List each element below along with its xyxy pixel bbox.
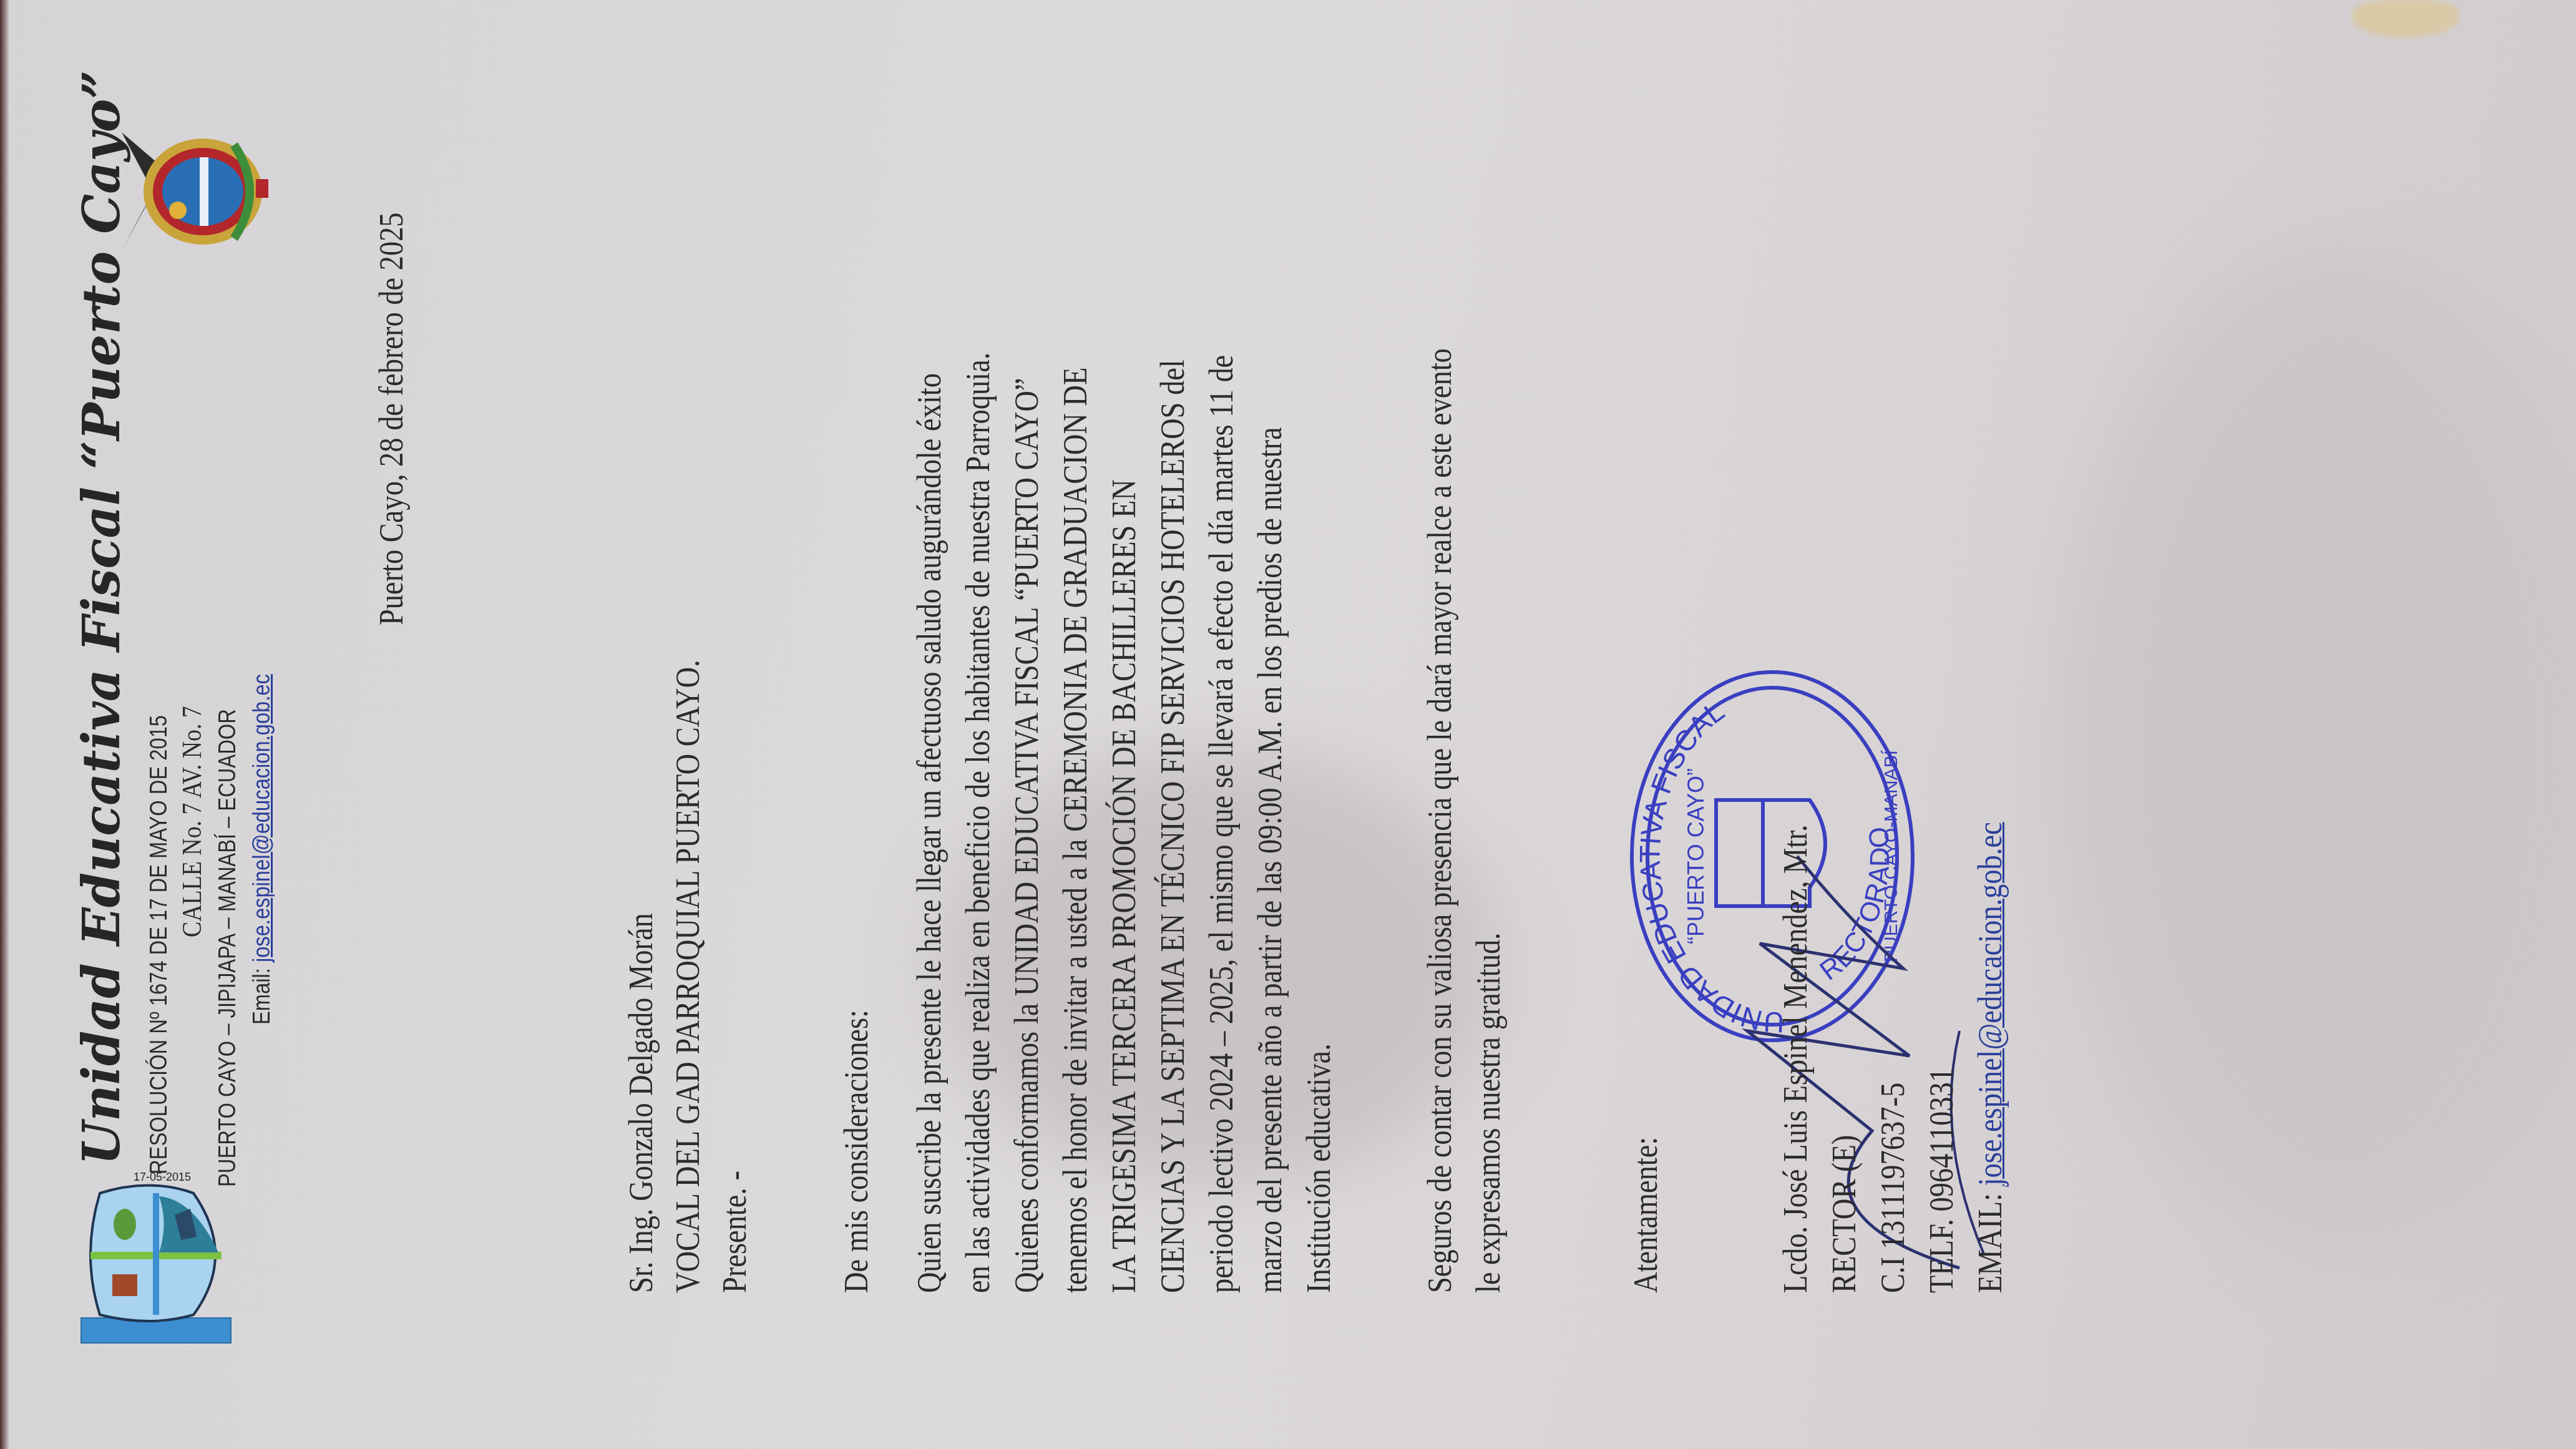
body-line: marzo del presente año a partir de las 0…: [1253, 427, 1287, 1293]
address-location: PUERTO CAYO – JIPIJAPA – MANABÍ – ECUADO…: [215, 709, 240, 1187]
email-label: Email:: [249, 962, 275, 1025]
signer-id: C.I 1311197637-5: [1876, 1083, 1910, 1293]
body-line: periodo lectivo 2024 – 2025, el mismo qu…: [1204, 355, 1238, 1293]
body-line: Quienes conformamos la UNIDAD EDUCATIVA …: [1010, 378, 1043, 1293]
signer-phone: TELF. 0964110331: [1925, 1068, 1958, 1293]
signer-email-link[interactable]: jose.espinel@educacion.gob.ec: [1971, 822, 2009, 1186]
body-line: en las actividades que realiza en benefi…: [961, 353, 995, 1293]
recipient-greeting: Presente. -: [718, 1171, 751, 1293]
date-line: Puerto Cayo, 28 de febrero de 2025: [374, 212, 408, 625]
signer-email-line: EMAIL: jose.espinel@educacion.gob.ec: [1973, 822, 2007, 1293]
address-street: CALLE No. 7 AV. No. 7: [180, 706, 205, 937]
school-shield-icon: 17-05-2015: [75, 1162, 237, 1349]
body-line: tenemos el honor de invitar a usted a la…: [1058, 368, 1092, 1293]
letterhead-email-link[interactable]: jose.espinel@educacion.gob.ec: [249, 674, 275, 962]
salutation: De mis consideraciones:: [839, 1010, 873, 1293]
closing-line-1: Seguros de contar con su valiosa presenc…: [1423, 348, 1456, 1293]
ecuador-coat-of-arms-icon: [109, 120, 271, 263]
signer-title: RECTOR (E): [1827, 1135, 1861, 1293]
body-line: Institución educativa.: [1302, 1043, 1335, 1293]
body-line: CIENCIAS Y LA SEPTIMA EN TÉCNICO FIP SER…: [1156, 359, 1189, 1293]
letter-sheet: 17-05-2015 Unidad Educativa Fiscal “Puer…: [0, 0, 2576, 1449]
closing-line-2: le expresamos nuestra gratitud.: [1471, 932, 1505, 1293]
recipient-position: VOCAL DEL GAD PARROQUIAL PUERTO CAYO.: [671, 660, 705, 1293]
signer-email-label: EMAIL:: [1971, 1186, 2009, 1293]
resolution-line: RESOLUCIÓN Nº 1674 DE 17 DE MAYO DE 2015: [147, 715, 172, 1174]
body-line: Quien suscribe la presente le hace llega…: [912, 373, 946, 1293]
recipient-name: Sr. Ing. Gonzalo Delgado Morán: [624, 913, 658, 1293]
signer-name: Lcdo. José Luis Espinel Menendez, Mtr.: [1778, 824, 1812, 1293]
letterhead-email: Email: jose.espinel@educacion.gob.ec: [250, 674, 275, 1025]
body-line: LA TRIGESIMA TERCERA PROMOCIÓN DE BACHIL…: [1107, 479, 1141, 1293]
